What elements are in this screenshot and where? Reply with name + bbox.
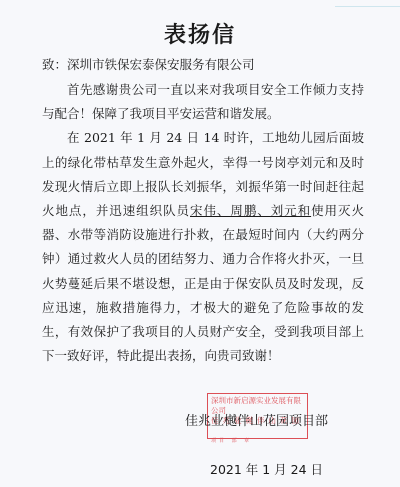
letter-date: 2021 年 1 月 24 日 xyxy=(210,460,323,478)
stamp-footer: 项目 部 章 xyxy=(211,436,304,446)
paragraph-thanks: 首先感谢贵公司一直以来对我项目安全工作倾力支持与配合！保障了我项目平安运营和谐发… xyxy=(42,78,364,126)
letter-body: 首先感谢贵公司一直以来对我项目安全工作倾力支持与配合！保障了我项目平安运营和谐发… xyxy=(42,78,364,368)
letter-title: 表扬信 xyxy=(0,18,400,49)
signature-department: 佳兆业樾伴山花园项目部 xyxy=(185,410,328,429)
recipient-line: 致：深圳市铁保宏泰保安服务有限公司 xyxy=(42,55,255,73)
scan-artifact-line xyxy=(335,6,400,7)
incident-text-end: 使用灭火器、水带等消防设施进行扑救，在最短时间内（大约两分钟）通过救火人员的团结… xyxy=(42,203,364,363)
paragraph-incident: 在 2021 年 1 月 24 日 14 时许，工地幼儿园后面坡上的绿化带枯草发… xyxy=(42,126,364,368)
underlined-team-names: 宋伟、周鹏、刘元和 xyxy=(190,203,311,218)
